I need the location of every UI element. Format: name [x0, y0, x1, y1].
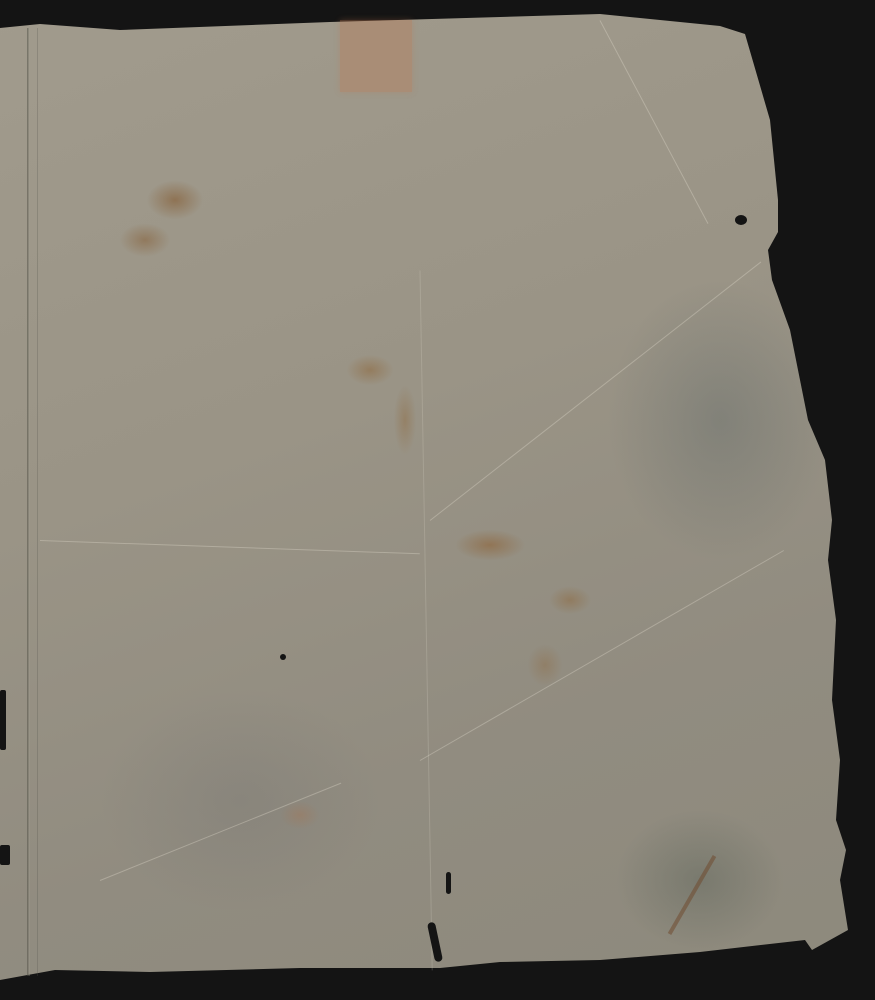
worm-hole	[280, 654, 286, 660]
worm-hole	[735, 215, 747, 225]
faded-seal-stamp	[340, 20, 412, 92]
aged-paper-sheet	[0, 0, 875, 1000]
worm-hole	[0, 690, 6, 750]
photo-scene	[0, 0, 875, 1000]
binding-fold-line	[27, 28, 30, 976]
binding-fold-line-secondary	[37, 28, 38, 976]
worm-hole	[446, 872, 451, 894]
worm-hole	[0, 845, 10, 865]
